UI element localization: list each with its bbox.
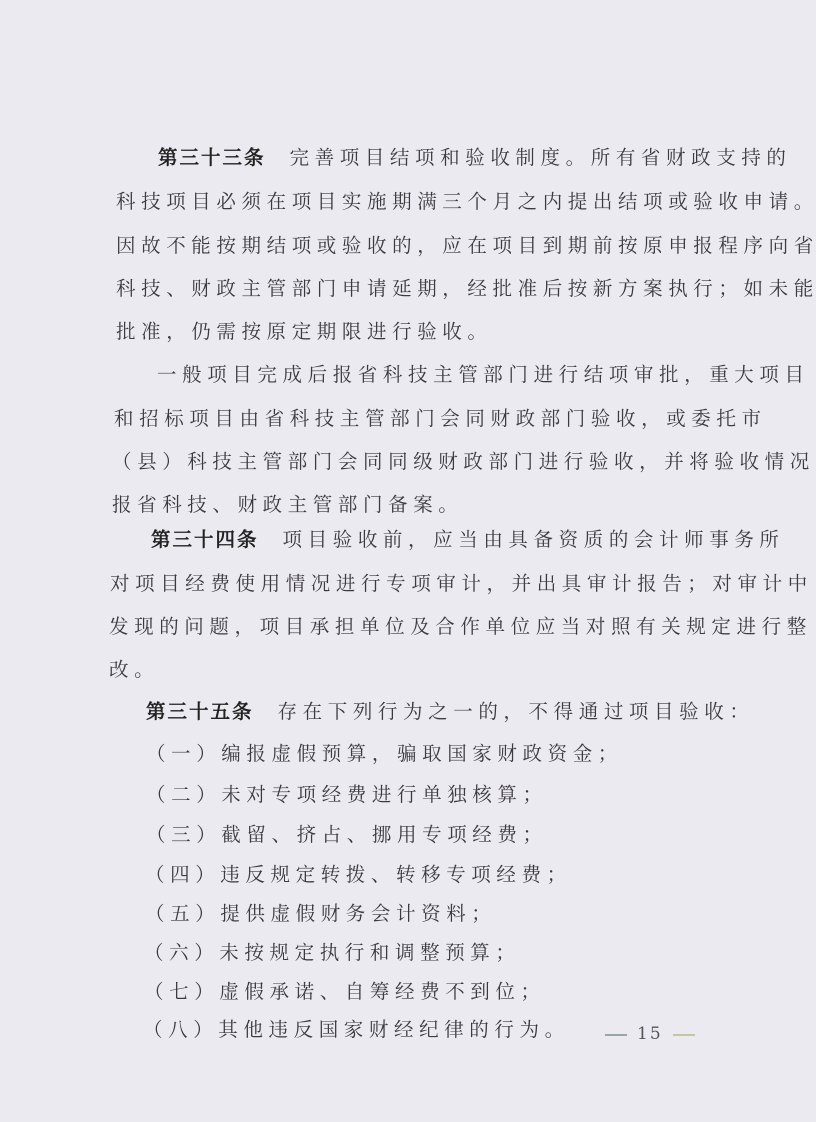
- article-34-line-2: 对项目经费使用情况进行专项审计，并出具审计报告；对审计中: [110, 572, 813, 596]
- article-34-line-1: 第三十四条项目验收前，应当由具备资质的会计师事务所: [151, 528, 785, 552]
- paragraph-2-line-4: 报省科技、财政主管部门备案。: [112, 493, 463, 517]
- article-33-line-1: 第三十三条完善项目结项和验收制度。所有省财政支持的: [158, 146, 792, 170]
- paragraph-2-line-3: （县）科技主管部门会同同级财政部门进行验收，并将验收情况: [112, 450, 815, 474]
- list-item-6: （六）未按规定执行和调整预算；: [144, 941, 521, 965]
- dash-left: [605, 1034, 627, 1036]
- list-item-2: （二）未对专项经费进行单独核算；: [146, 783, 548, 807]
- article-33-line-4: 科技、财政主管部门申请延期，经批准后按新方案执行；如未能: [116, 277, 816, 301]
- page-number: 15: [595, 1024, 705, 1044]
- list-item-8: （八）其他违反国家财经纪律的行为。: [143, 1018, 570, 1042]
- article-33-line-2: 科技项目必须在项目实施期满三个月之内提出结项或验收申请。: [116, 190, 816, 214]
- list-item-1: （一）编报虚假预算，骗取国家财政资金；: [146, 742, 623, 766]
- article-35-heading: 第三十五条: [146, 700, 254, 723]
- paragraph-2-line-2: 和招标项目由省科技主管部门会同财政部门验收，或委托市: [114, 407, 767, 431]
- list-item-4: （四）违反规定转拨、转移专项经费；: [145, 863, 572, 887]
- list-item-7: （七）虚假承诺、自筹经费不到位；: [144, 980, 546, 1004]
- article-33-heading: 第三十三条: [158, 146, 266, 169]
- article-34-line-3: 发现的问题，项目承担单位及合作单位应当对照有关规定进行整: [109, 615, 812, 639]
- article-34-heading: 第三十四条: [151, 528, 259, 551]
- dash-right: [673, 1034, 695, 1036]
- list-item-5: （五）提供虚假财务会计资料；: [145, 902, 496, 926]
- document-page: 第三十三条完善项目结项和验收制度。所有省财政支持的 科技项目必须在项目实施期满三…: [0, 0, 816, 1122]
- article-34-line-4: 改。: [109, 658, 159, 682]
- article-33-line-3: 因故不能按期结项或验收的，应在项目到期前按原申报程序向省: [116, 234, 816, 258]
- article-33-line-5: 批准，仍需按原定期限进行验收。: [116, 320, 493, 344]
- paragraph-2-line-1: 一般项目完成后报省科技主管部门进行结项审批，重大项目: [157, 363, 810, 387]
- article-35-line-1: 第三十五条存在下列行为之一的，不得通过项目验收：: [146, 700, 754, 724]
- list-item-3: （三）截留、挤占、挪用专项经费；: [146, 823, 548, 847]
